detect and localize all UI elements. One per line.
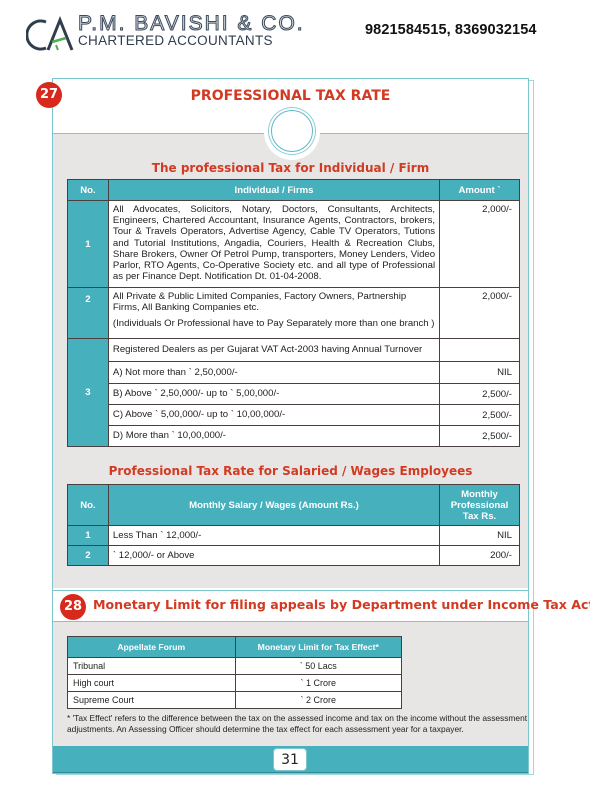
row-no: 1 [68, 201, 109, 288]
row-no: 2 [68, 546, 109, 566]
individual-firm-table: No. Individual / Firms Amount ` 1 All Ad… [67, 179, 520, 447]
table-subrow: C) Above ` 5,00,000/- up to ` 10,00,000/… [68, 405, 520, 426]
subrow-label: B) Above ` 2,50,000/- up to ` 5,00,000/- [108, 384, 439, 405]
section-28-badge: 28 [60, 594, 86, 620]
subrow-amount: 2,500/- [440, 426, 520, 447]
subrow-label: D) More than ` 10,00,000/- [108, 426, 439, 447]
table-row: 3 Registered Dealers as per Gujarat VAT … [68, 339, 520, 362]
row-salary: ` 12,000/- or Above [108, 546, 439, 566]
row-limit: ` 1 Crore [235, 675, 402, 692]
row-note: (Individuals Or Professional have to Pay… [113, 318, 435, 329]
row-forum: High court [68, 675, 236, 692]
row-description: All Private & Public Limited Companies, … [113, 291, 435, 313]
subrow-amount: 2,500/- [440, 384, 520, 405]
table-row: High court ` 1 Crore [68, 675, 402, 692]
table-subrow: D) More than ` 10,00,000/- 2,500/- [68, 426, 520, 447]
individual-firm-subtitle: The professional Tax for Individual / Fi… [53, 161, 528, 175]
row-limit: ` 50 Lacs [235, 658, 402, 675]
row-tax: 200/- [440, 546, 520, 566]
row-no: 2 [68, 288, 109, 339]
salaried-table: No. Monthly Salary / Wages (Amount Rs.) … [67, 484, 520, 566]
row-forum: Supreme Court [68, 692, 236, 709]
subrow-amount: 2,500/- [440, 405, 520, 426]
salaried-subtitle: Professional Tax Rate for Salaried / Wag… [53, 464, 528, 478]
row-amount: 2,000/- [440, 288, 520, 339]
subrow-label: A) Not more than ` 2,50,000/- [108, 362, 439, 384]
row-limit: ` 2 Crore [235, 692, 402, 709]
col-header-no: No. [68, 485, 109, 526]
table-subrow: B) Above ` 2,50,000/- up to ` 5,00,000/-… [68, 384, 520, 405]
col-header-amount: Amount ` [440, 180, 520, 201]
row-amount-empty [440, 339, 520, 362]
col-header-individual-firms: Individual / Firms [108, 180, 439, 201]
row-salary: Less Than ` 12,000/- [108, 526, 439, 546]
table-row: Supreme Court ` 2 Crore [68, 692, 402, 709]
row-forum: Tribunal [68, 658, 236, 675]
page-number: 31 [273, 748, 307, 771]
row-description: All Advocates, Solicitors, Notary, Docto… [108, 201, 439, 288]
row-no: 3 [68, 339, 109, 447]
col-header-monetary-limit: Monetary Limit for Tax Effect* [235, 637, 402, 658]
table-row: 2 All Private & Public Limited Companies… [68, 288, 520, 339]
firm-name: P.M. BAVISHI & CO. [78, 13, 305, 35]
appeal-limit-table: Appellate Forum Monetary Limit for Tax E… [67, 636, 402, 709]
col-header-monthly-salary: Monthly Salary / Wages (Amount Rs.) [108, 485, 439, 526]
subrow-label: C) Above ` 5,00,000/- up to ` 10,00,000/… [108, 405, 439, 426]
section-27-title: PROFESSIONAL TAX RATE [53, 88, 528, 104]
table-subrow: A) Not more than ` 2,50,000/- NIL [68, 362, 520, 384]
section-28-title: Monetary Limit for filing appeals by Dep… [93, 597, 590, 612]
table-row: 1 Less Than ` 12,000/- NIL [68, 526, 520, 546]
table-row: Tribunal ` 50 Lacs [68, 658, 402, 675]
firm-subtitle: CHARTERED ACCOUNTANTS [78, 34, 273, 48]
row-description: Registered Dealers as per Gujarat VAT Ac… [108, 339, 439, 362]
decorative-circle-icon [271, 110, 313, 152]
table-row: 2 ` 12,000/- or Above 200/- [68, 546, 520, 566]
col-header-no: No. [68, 180, 109, 201]
subrow-amount: NIL [440, 362, 520, 384]
contact-phones: 9821584515, 8369032154 [365, 22, 537, 38]
row-no: 1 [68, 526, 109, 546]
table-row: 1 All Advocates, Solicitors, Notary, Doc… [68, 201, 520, 288]
row-amount: 2,000/- [440, 201, 520, 288]
tax-effect-footnote: * 'Tax Effect' refers to the difference … [67, 713, 537, 734]
row-tax: NIL [440, 526, 520, 546]
col-header-appellate-forum: Appellate Forum [68, 637, 236, 658]
row-description-cell: All Private & Public Limited Companies, … [108, 288, 439, 339]
col-header-monthly-tax: Monthly Professional Tax Rs. [440, 485, 520, 526]
